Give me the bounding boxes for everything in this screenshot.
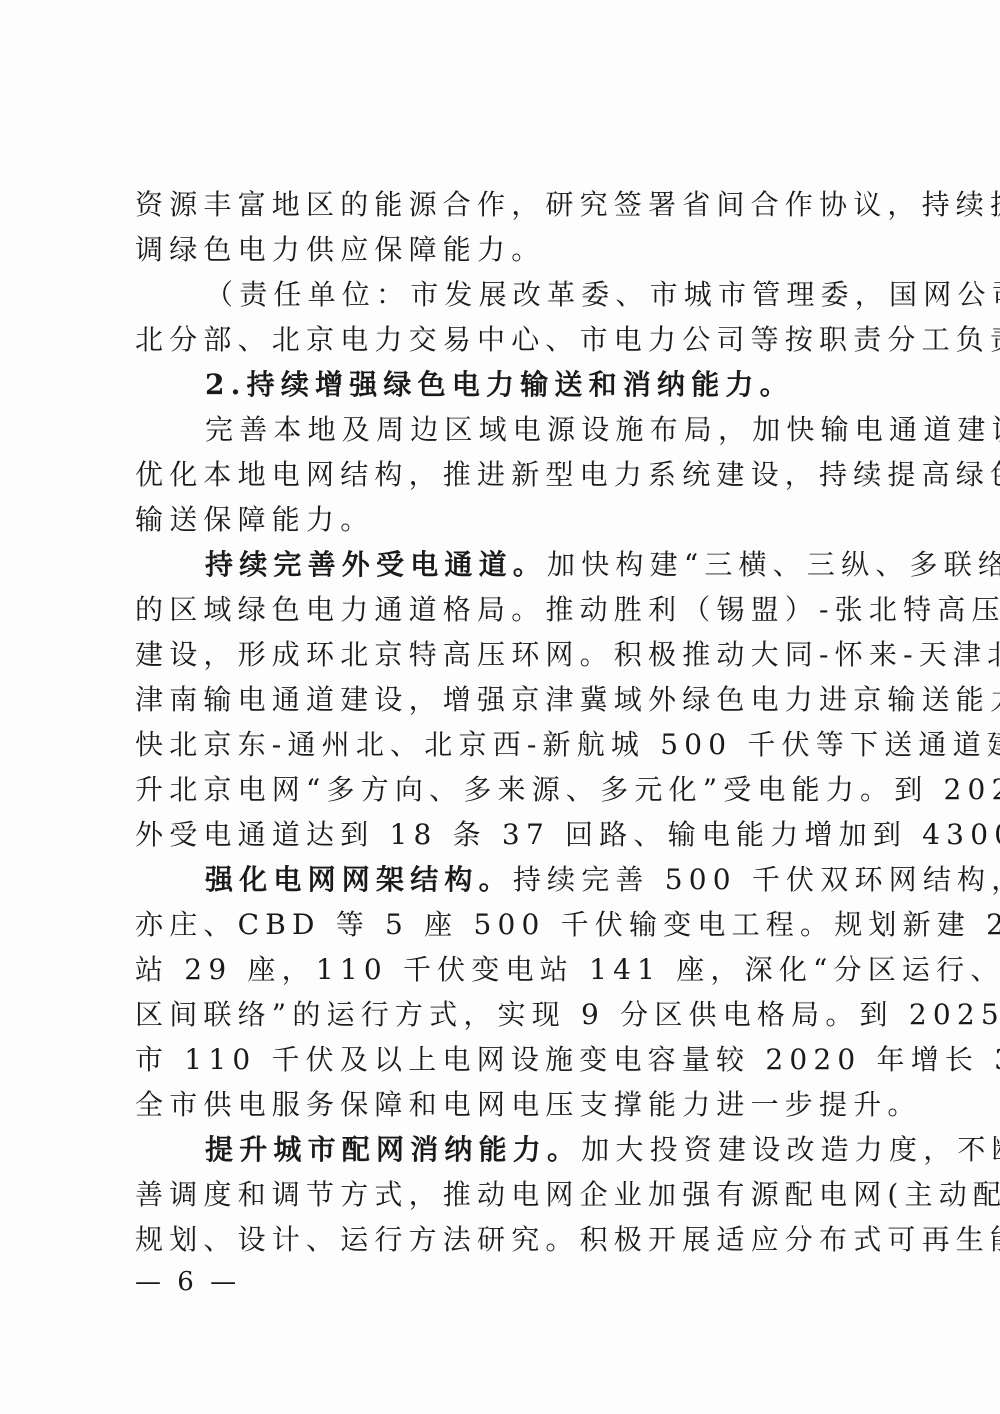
text-line: 全市供电服务保障和电网电压支撑能力进一步提升。 — [135, 1082, 877, 1127]
text-line: 输送保障能力。 — [135, 497, 877, 542]
paragraph-distribution-network: 提升城市配网消纳能力。加大投资建设改造力度，不断完 善调度和调节方式，推动电网企… — [135, 1127, 877, 1262]
text-line: 完善本地及周边区域电源设施布局，加快输电通道建设， — [135, 407, 877, 452]
text-line: 津南输电通道建设，增强京津冀域外绿色电力进京输送能力。加 — [135, 677, 877, 722]
text-line: 规划、设计、运行方法研究。积极开展适应分布式可再生能源接 — [135, 1217, 877, 1262]
text-line: 快北京东-通州北、北京西-新航城 500 千伏等下送通道建设，提 — [135, 722, 877, 767]
text-line: （责任单位：市发展改革委、市城市管理委，国网公司华 — [135, 272, 877, 317]
text-run: 加快构建“三横、三纵、多联络” — [547, 548, 1000, 581]
paragraph-lead: 提升城市配网消纳能力。 — [205, 1133, 581, 1166]
text-line: 提升城市配网消纳能力。加大投资建设改造力度，不断完 — [135, 1127, 877, 1172]
text-line: 优化本地电网结构，推进新型电力系统建设，持续提高绿色电力 — [135, 452, 877, 497]
text-line: 善调度和调节方式，推动电网企业加强有源配电网(主动配电网) — [135, 1172, 877, 1217]
text-run: 加大投资建设改造力度，不断完 — [581, 1133, 1000, 1166]
document-body: 资源丰富地区的能源合作，研究签署省间合作协议，持续扩大外 调绿色电力供应保障能力… — [135, 182, 877, 1262]
text-line: 持续完善外受电通道。加快构建“三横、三纵、多联络” — [135, 542, 877, 587]
text-line: 北分部、北京电力交易中心、市电力公司等按职责分工负责） — [135, 317, 877, 362]
paragraph-lead: 强化电网网架结构。 — [205, 863, 513, 896]
text-line: 站 29 座，110 千伏变电站 141 座，深化“分区运行、区内成环， — [135, 947, 877, 992]
paragraph-lead: 持续完善外受电通道。 — [205, 548, 547, 581]
paragraph-grid-structure: 强化电网网架结构。持续完善 500 千伏双环网结构，建设 亦庄、CBD 等 5 … — [135, 857, 877, 1127]
text-line: 资源丰富地区的能源合作，研究签署省间合作协议，持续扩大外 — [135, 182, 877, 227]
text-line: 升北京电网“多方向、多来源、多元化”受电能力。到 2025 年， — [135, 767, 877, 812]
paragraph-external-channels: 持续完善外受电通道。加快构建“三横、三纵、多联络” 的区域绿色电力通道格局。推动… — [135, 542, 877, 857]
document-page: 资源丰富地区的能源合作，研究签署省间合作协议，持续扩大外 调绿色电力供应保障能力… — [0, 0, 1000, 1414]
text-line: 外受电通道达到 18 条 37 回路、输电能力增加到 4300 万千瓦。 — [135, 812, 877, 857]
text-line: 调绿色电力供应保障能力。 — [135, 227, 877, 272]
paragraph-intro: 完善本地及周边区域电源设施布局，加快输电通道建设， 优化本地电网结构，推进新型电… — [135, 407, 877, 542]
section-heading: 2.持续增强绿色电力输送和消纳能力。 — [135, 362, 877, 407]
text-run: 持续完善 500 千伏双环网结构，建设 — [513, 863, 1000, 896]
paragraph-continuation: 资源丰富地区的能源合作，研究签署省间合作协议，持续扩大外 调绿色电力供应保障能力… — [135, 182, 877, 272]
text-line: 强化电网网架结构。持续完善 500 千伏双环网结构，建设 — [135, 857, 877, 902]
text-line: 的区域绿色电力通道格局。推动胜利（锡盟）-张北特高压通道 — [135, 587, 877, 632]
text-line: 区间联络”的运行方式，实现 9 分区供电格局。到 2025 年，全 — [135, 992, 877, 1037]
page-number: — 6 — — [135, 1262, 240, 1302]
text-line: 亦庄、CBD 等 5 座 500 千伏输变电工程。规划新建 220 千伏变电 — [135, 902, 877, 947]
text-line: 建设，形成环北京特高压环网。积极推动大同-怀来-天津北-天 — [135, 632, 877, 677]
section-heading-text: 2.持续增强绿色电力输送和消纳能力。 — [135, 362, 877, 407]
paragraph-responsibility: （责任单位：市发展改革委、市城市管理委，国网公司华 北分部、北京电力交易中心、市… — [135, 272, 877, 362]
text-line: 市 110 千伏及以上电网设施变电容量较 2020 年增长 30%以上， — [135, 1037, 877, 1082]
